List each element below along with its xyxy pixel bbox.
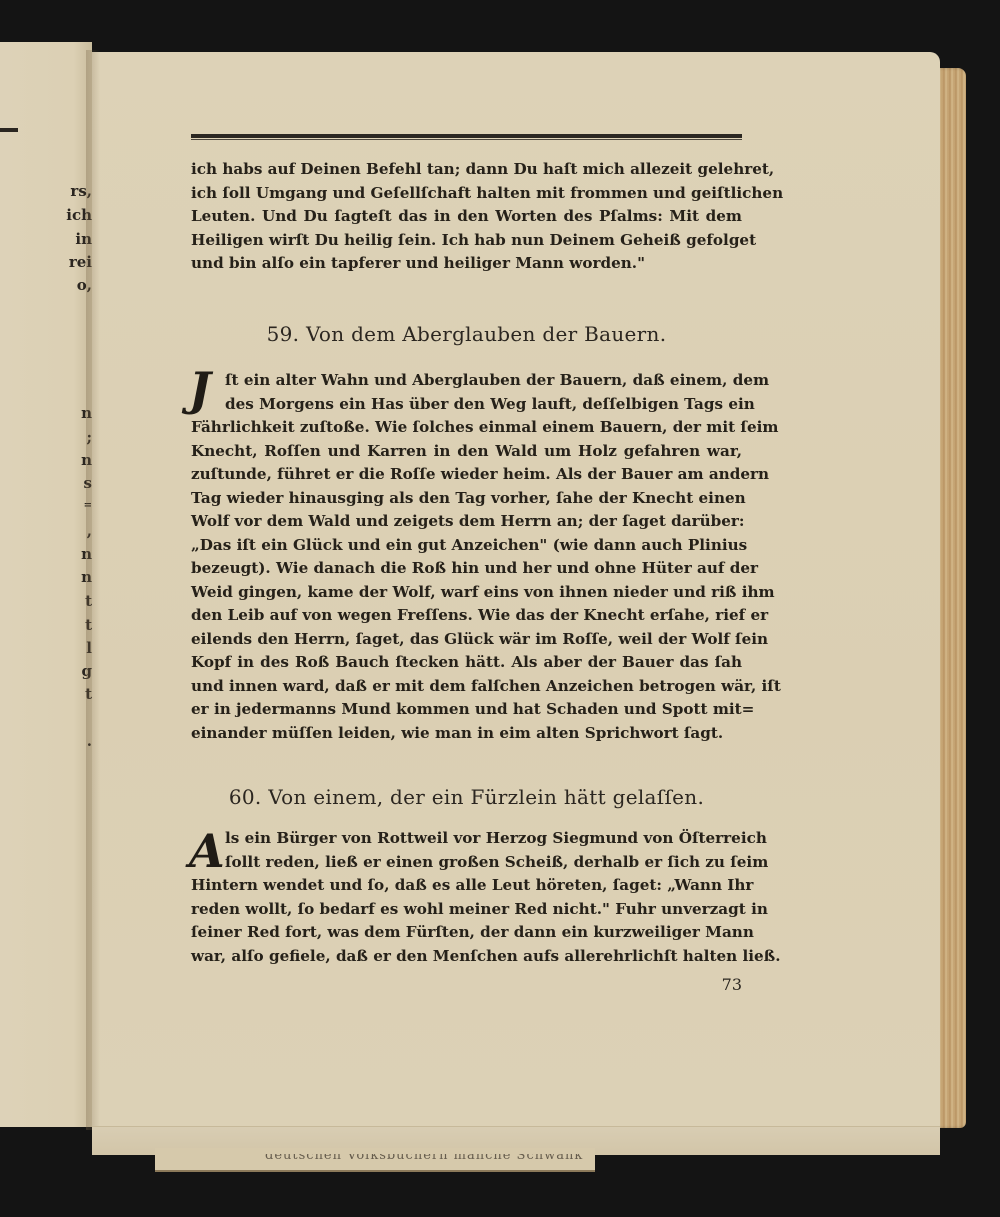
text-line: er in jedermanns Mund kommen und hat Sch…	[191, 698, 742, 722]
text-line: ich ſoll Umgang und Geſellſchaft halten …	[191, 182, 742, 206]
text-line: bezeugt). Wie danach die Roß hin und her…	[191, 557, 742, 581]
section-60-heading: 60. Von einem, der ein Fürzlein hätt gel…	[191, 785, 742, 809]
text-line: zuſtunde, führet er die Roſſe wieder hei…	[191, 463, 742, 487]
text-line: Hintern wendet und ſo, daß es alle Leut …	[191, 874, 742, 898]
text-line: einander müſſen leiden, wie man in eim a…	[191, 722, 742, 746]
text-line: und bin alſo ein tapferer und heiliger M…	[191, 252, 742, 276]
gutter-shadow	[86, 50, 100, 1130]
text-line: Wolf vor dem Wald und zeigets dem Herrn …	[191, 510, 742, 534]
left-page: rs, ich in rei o, n ; n s = , n n t t l …	[0, 42, 92, 1127]
text-line: reden wollt, ſo bedarf es wohl meiner Re…	[191, 898, 742, 922]
bottom-strip-text: deutschen Volksbüchern manche Schwank	[265, 1148, 583, 1163]
continuation-paragraph: ich habs auf Deinen Befehl tan; dann Du …	[191, 158, 742, 276]
text-line: Heiligen wirſt Du heilig ſein. Ich hab n…	[191, 229, 742, 253]
bottom-page-strip: deutschen Volksbüchern manche Schwank	[155, 1148, 595, 1172]
text-line: Tag wieder hinausging als den Tag vorher…	[191, 487, 742, 511]
page-edges	[936, 68, 966, 1128]
header-rule-thin	[191, 139, 742, 140]
page-number: 73	[700, 975, 742, 994]
text-line: des Morgens ein Has über den Weg lauft, …	[191, 393, 742, 417]
text-line: eilends den Herrn, ſaget, das Glück wär …	[191, 628, 742, 652]
header-rule	[191, 134, 742, 138]
section-59-heading: 59. Von dem Aberglauben der Bauern.	[191, 322, 742, 346]
text-line: und innen ward, daß er mit dem falſchen …	[191, 675, 742, 699]
text-line: „Das iſt ein Glück und ein gut Anzeichen…	[191, 534, 742, 558]
left-header-rule	[0, 128, 18, 132]
text-line: ich habs auf Deinen Befehl tan; dann Du …	[191, 158, 742, 182]
text-line: den Leib auf von wegen Freſſens. Wie das…	[191, 604, 742, 628]
section-60-paragraph: ls ein Bürger von Rottweil vor Herzog Si…	[191, 827, 742, 968]
text-line: ſollt reden, ließ er einen großen Scheiß…	[191, 851, 742, 875]
text-line: Knecht, Roſſen und Karren in den Wald um…	[191, 440, 742, 464]
book-scan: rs, ich in rei o, n ; n s = , n n t t l …	[0, 0, 1000, 1217]
section-59-paragraph: ſt ein alter Wahn und Aberglauben der Ba…	[191, 369, 742, 745]
text-line: ſt ein alter Wahn und Aberglauben der Ba…	[191, 369, 742, 393]
text-line: Kopf in des Roß Bauch ſtecken hätt. Als …	[191, 651, 742, 675]
text-line: ſeiner Red fort, was dem Fürſten, der da…	[191, 921, 742, 945]
text-line: Fährlichkeit zuſtoße. Wie ſolches einmal…	[191, 416, 742, 440]
text-line: Leuten. Und Du ſagteſt das in den Worten…	[191, 205, 742, 229]
text-line: ls ein Bürger von Rottweil vor Herzog Si…	[191, 827, 742, 851]
text-line: Weid gingen, kame der Wolf, warf eins vo…	[191, 581, 742, 605]
text-line: war, alſo gefiele, daß er den Menſchen a…	[191, 945, 742, 969]
